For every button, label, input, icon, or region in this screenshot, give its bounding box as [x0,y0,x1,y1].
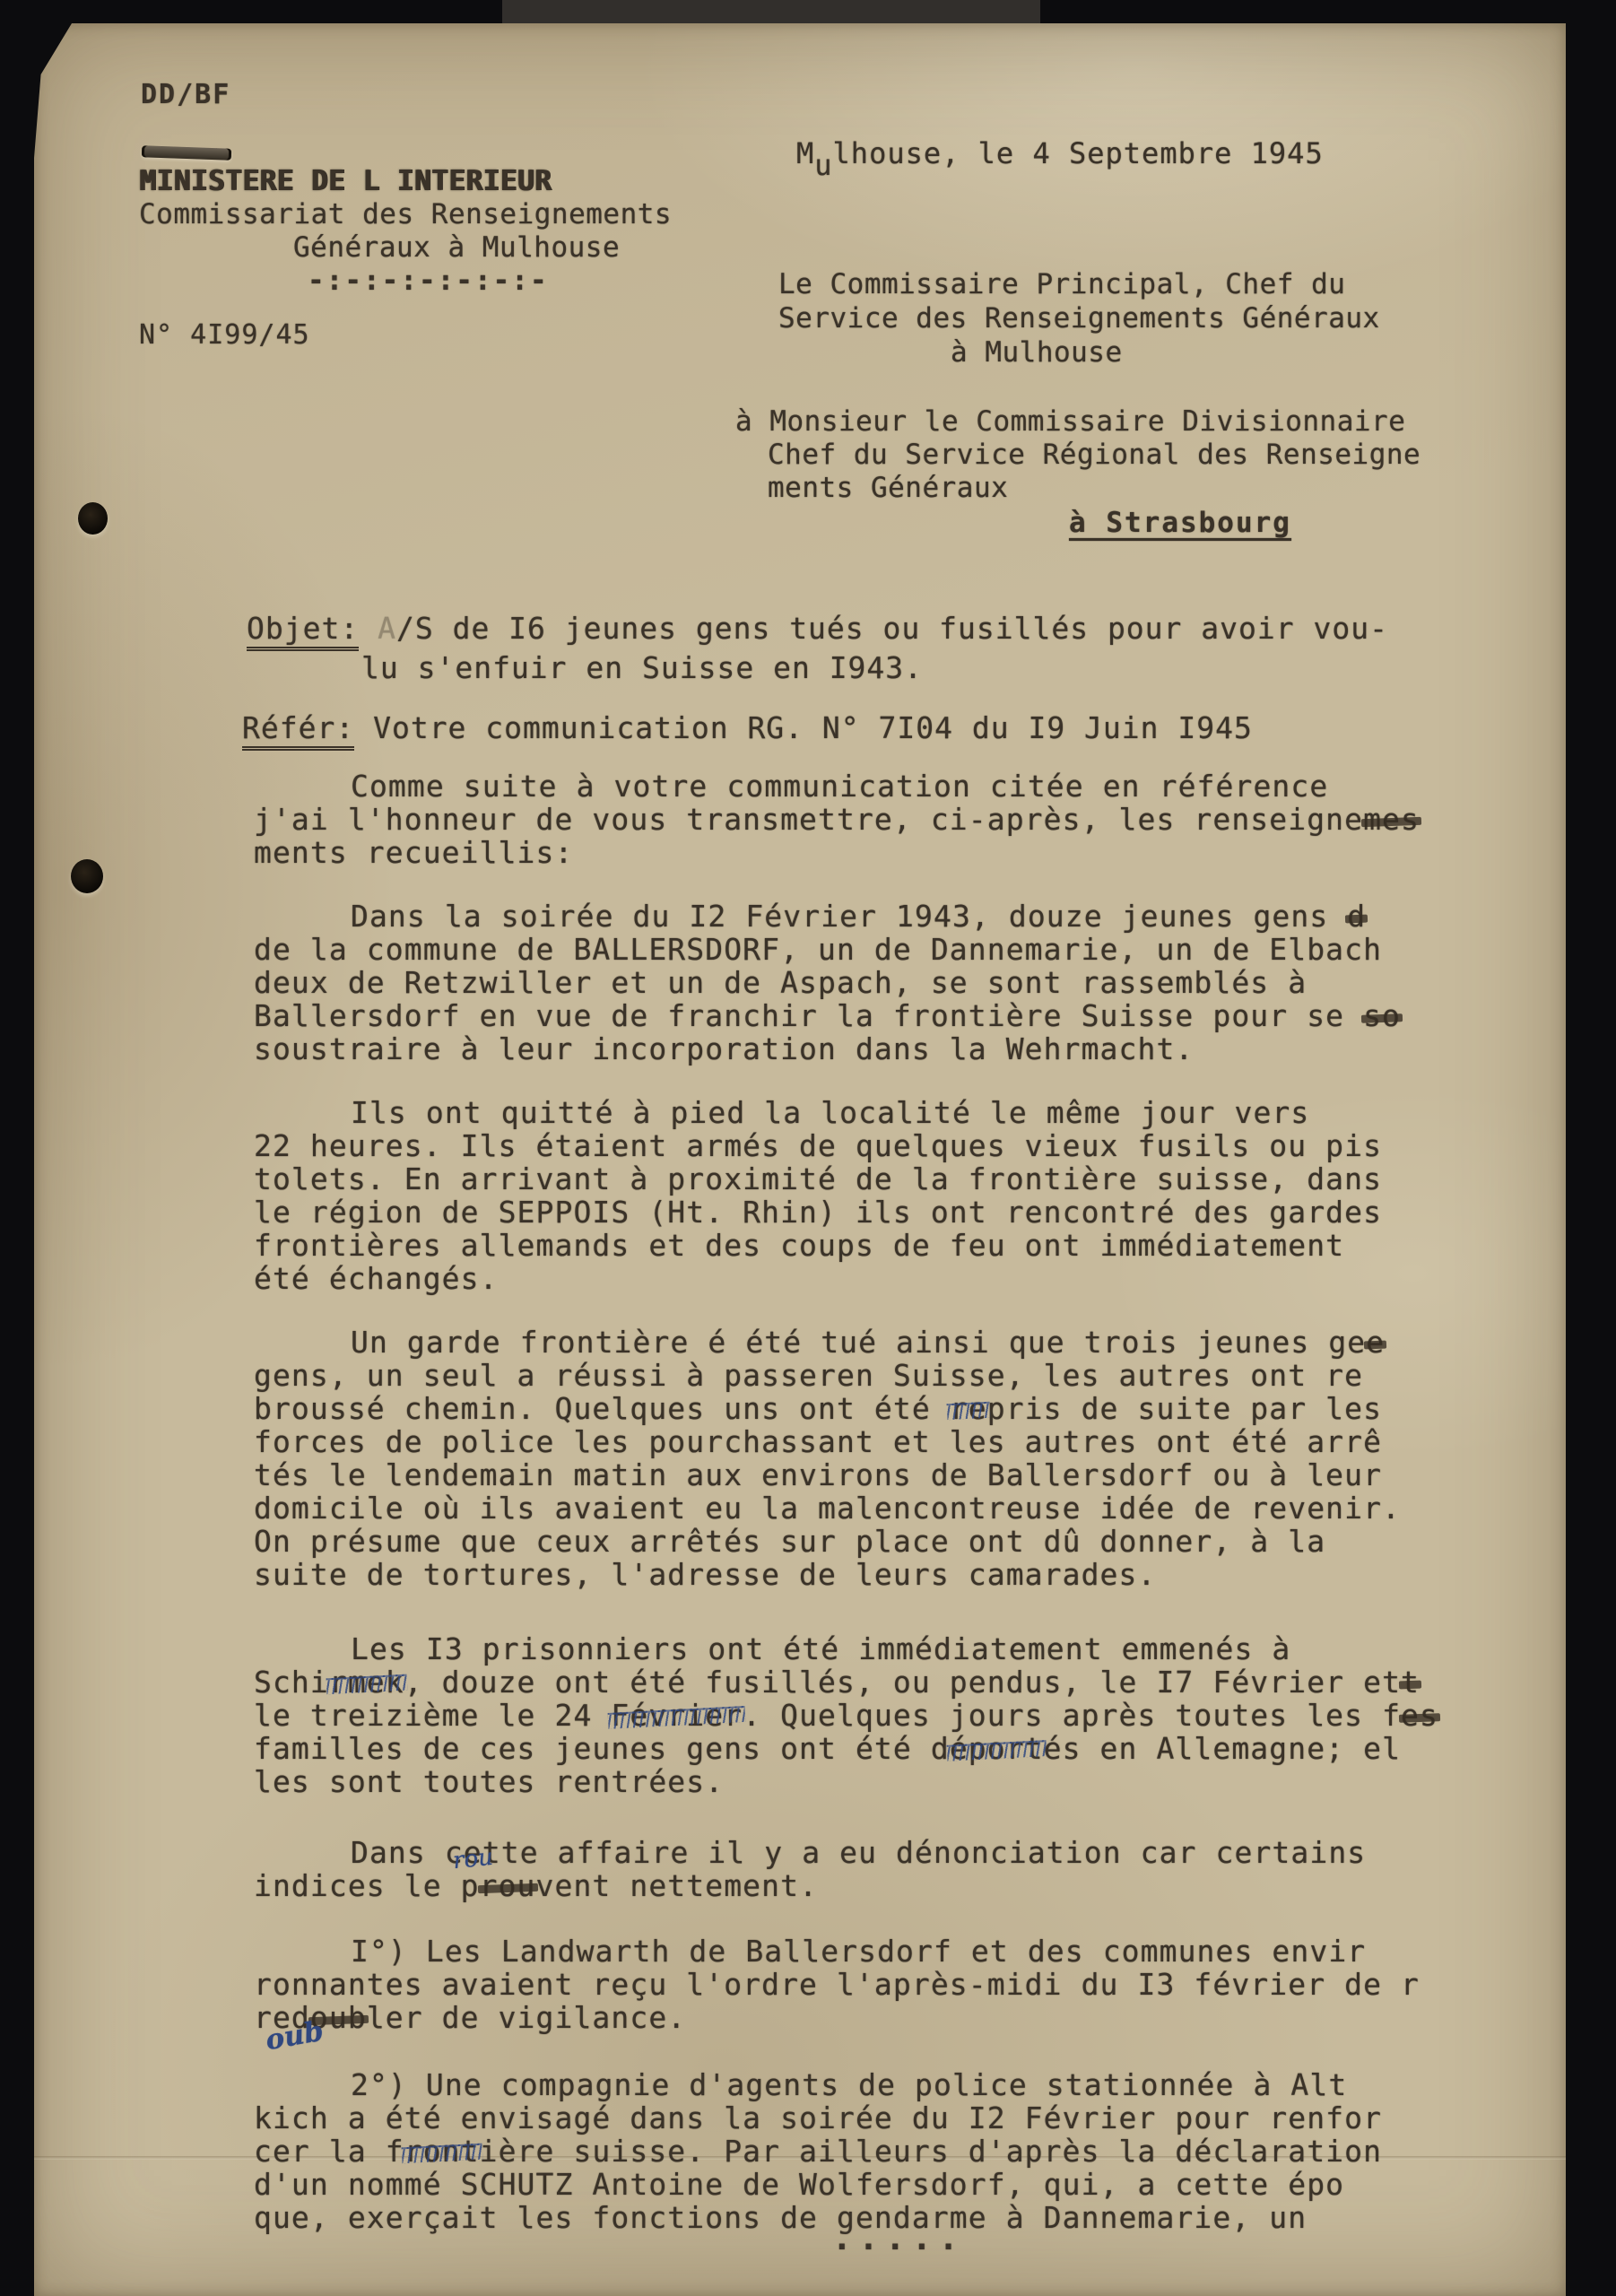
office-line-1: Commissariat des Renseignements [139,198,672,231]
reference-text: Votre communication RG. N° 7I04 du I9 Ju… [354,710,1253,745]
body-line: Les I3 prisonniers ont été immédiatement… [254,1632,1438,1665]
paragraph-2: Dans la soirée du I2 Février 1943, douze… [254,900,1438,1065]
struck-text: t [1401,1665,1420,1700]
body-line: cer la f [254,2134,404,2169]
typed-separator: -:-:-:-:-:-:- [308,265,672,298]
body-line: On présume que ceux arrêtés sur place on… [254,1525,1438,1558]
date-rest: lhouse, le 4 Septembre 1945 [833,136,1324,170]
handwritten-correction-rou: rou [452,1844,495,1875]
body-line: soustraire à leur incorporation dans la … [254,1032,1438,1065]
reference-line: Référ: Votre communication RG. N° 7I04 d… [242,710,1253,751]
paragraph-5: Les I3 prisonniers ont été immédiatement… [254,1632,1438,1798]
body-line: kich a été envisagé dans la soirée du I2… [254,2101,1438,2135]
body-line: ments recueillis: [254,836,1438,869]
recipient-city: à Strasbourg [1069,507,1421,540]
body-line: 2°) Une compagnie d'agents de police sta… [254,2068,1438,2101]
letter-body: Comme suite à votre communication citée … [254,770,1438,2265]
office-line-2: Généraux à Mulhouse [293,231,672,265]
letterhead-block: MINISTERE DE L INTERIEUR Commissariat de… [139,165,672,298]
recipient-line-3: ments Généraux [768,472,1421,505]
body-line: pris de suite par les [987,1391,1382,1426]
body-line: domicile où ils avaient eu la malencontr… [254,1492,1438,1525]
pen-scribbled-text: Février [611,1698,743,1733]
backing-sheet-edge [502,0,1040,25]
body-line: , douze ont été fusillés, ou pendus, le … [404,1665,1401,1700]
body-line: Un garde frontière é été tué ainsi que t… [351,1325,1366,1360]
sender-line-1: Le Commissaire Principal, Chef du [778,267,1380,301]
body-line: Dans cette affaire il y a eu dénonciatio… [254,1836,1438,1869]
body-line: frontières allemands et des coups de feu… [254,1229,1438,1262]
ministry-name: MINISTERE DE L INTERIEUR [139,165,672,198]
body-line: j'ai l'honneur de vous transmettre, ci-a… [254,802,1363,837]
body-line: forces de police les pourchassant et les… [254,1425,1438,1458]
reference-label: Référ: [242,710,354,751]
struck-text: so [1363,998,1401,1033]
paragraph-8: 2°) Une compagnie d'agents de police sta… [254,2068,1438,2234]
pen-scribbled-text: re [950,1391,987,1426]
body-line: Schi [254,1665,329,1700]
body-line: familles de ces jeunes gens ont été d [254,1731,950,1766]
continuation-dots: ..... [832,2221,965,2257]
body-line: és en Allemagne; el [1044,1731,1401,1766]
body-line: indices le p [254,1868,480,1903]
body-line: Dans la soirée du I2 Février 1943, douze… [351,899,1347,934]
body-line: broussé chemin. Quelques uns ont été [254,1391,950,1426]
paragraph-3: Ils ont quitté à pied la localité le mêm… [254,1096,1438,1295]
struck-text: mes [1363,802,1420,837]
pen-scribbled-text: ront [404,2134,480,2169]
sender-line-3: à Mulhouse [951,335,1380,370]
paragraph-7: I°) Les Landwarth de Ballersdorf et des … [254,1935,1438,2034]
body-line: ière suisse. Par ailleurs d'après la déc… [480,2134,1382,2169]
subject-line-2: lu s'enfuir en Suisse en I943. [361,651,1388,685]
body-line: de la commune de BALLERSDORF, un de Dann… [254,933,1438,966]
paragraph-6: Dans cette affaire il y a eu dénonciatio… [254,1836,1438,1902]
body-line: Ballersdorf en vue de franchir la fronti… [254,998,1363,1033]
body-line: ler de vigilance. [367,2000,686,2035]
pen-scribbled-text: rmek [329,1665,404,1700]
recipient-line-1: à Monsieur le Commissaire Divisionnaire [735,405,1421,439]
recipient-block: à Monsieur le Commissaire Divisionnaire … [735,405,1421,540]
body-line: deux de Retzwiller et un de Aspach, se s… [254,966,1438,999]
document-number: N° 4I99/45 [139,319,310,351]
body-line: tolets. En arrivant à proximité de la fr… [254,1162,1438,1196]
recipient-line-2: Chef du Service Régional des Renseigne [768,439,1421,472]
sender-line-2: Service des Renseignements Généraux [778,301,1380,335]
scanned-letter-photo: DD/BF MINISTERE DE L INTERIEUR Commissar… [0,0,1616,2296]
subject-block: Objet: A/S de I6 jeunes gens tués ou fus… [247,612,1388,685]
pen-scribbled-text: éport [950,1731,1044,1766]
date-line: Mulhouse, le 4 Septembre 1945 [796,136,1324,170]
subject-faint-letter: A [378,611,396,646]
body-line: le treizième le 24 [254,1698,611,1733]
body-line: été échangés. [254,1262,1438,1295]
struck-text: d [1347,899,1366,934]
body-line: Comme suite à votre communication citée … [254,770,1438,803]
typist-initials: DD/BF [141,79,230,110]
body-line: 22 heures. Ils étaient armés de quelques… [254,1129,1438,1162]
body-line: le région de SEPPOIS (Ht. Rhin) ils ont … [254,1196,1438,1229]
date-subscript-letter: u [814,148,832,182]
struck-text: rou [480,1868,536,1903]
body-line: suite de tortures, l'adresse de leurs ca… [254,1558,1438,1591]
subject-label: Objet: [247,612,359,651]
body-line: Ils ont quitté à pied la localité le mêm… [254,1096,1438,1129]
body-line: d'un nommé SCHUTZ Antoine de Wolfersdorf… [254,2168,1438,2201]
subject-line-1: /S de I6 jeunes gens tués ou fusillés po… [396,611,1388,646]
struck-text: e [1366,1325,1385,1360]
paragraph-1: Comme suite à votre communication citée … [254,770,1438,869]
body-line: gens, un seul a réussi à passeren Suisse… [254,1359,1438,1392]
sender-block: Le Commissaire Principal, Chef du Servic… [778,267,1380,370]
body-line: ronnantes avaient reçu l'ordre l'après-m… [254,1968,1438,2001]
body-line: les sont toutes rentrées. [254,1765,1438,1798]
body-line: I°) Les Landwarth de Ballersdorf et des … [254,1935,1438,1968]
struck-text: es [1401,1698,1438,1733]
body-line: vent nettement. [536,1868,819,1903]
body-line: tés le lendemain matin aux environs de B… [254,1458,1438,1492]
punch-hole-top [78,502,108,535]
body-line: . Quelques jours après toutes les f [743,1698,1401,1733]
paragraph-4: Un garde frontière é été tué ainsi que t… [254,1326,1438,1591]
date-prefix: M [796,136,814,170]
punch-hole-bottom [71,859,103,893]
